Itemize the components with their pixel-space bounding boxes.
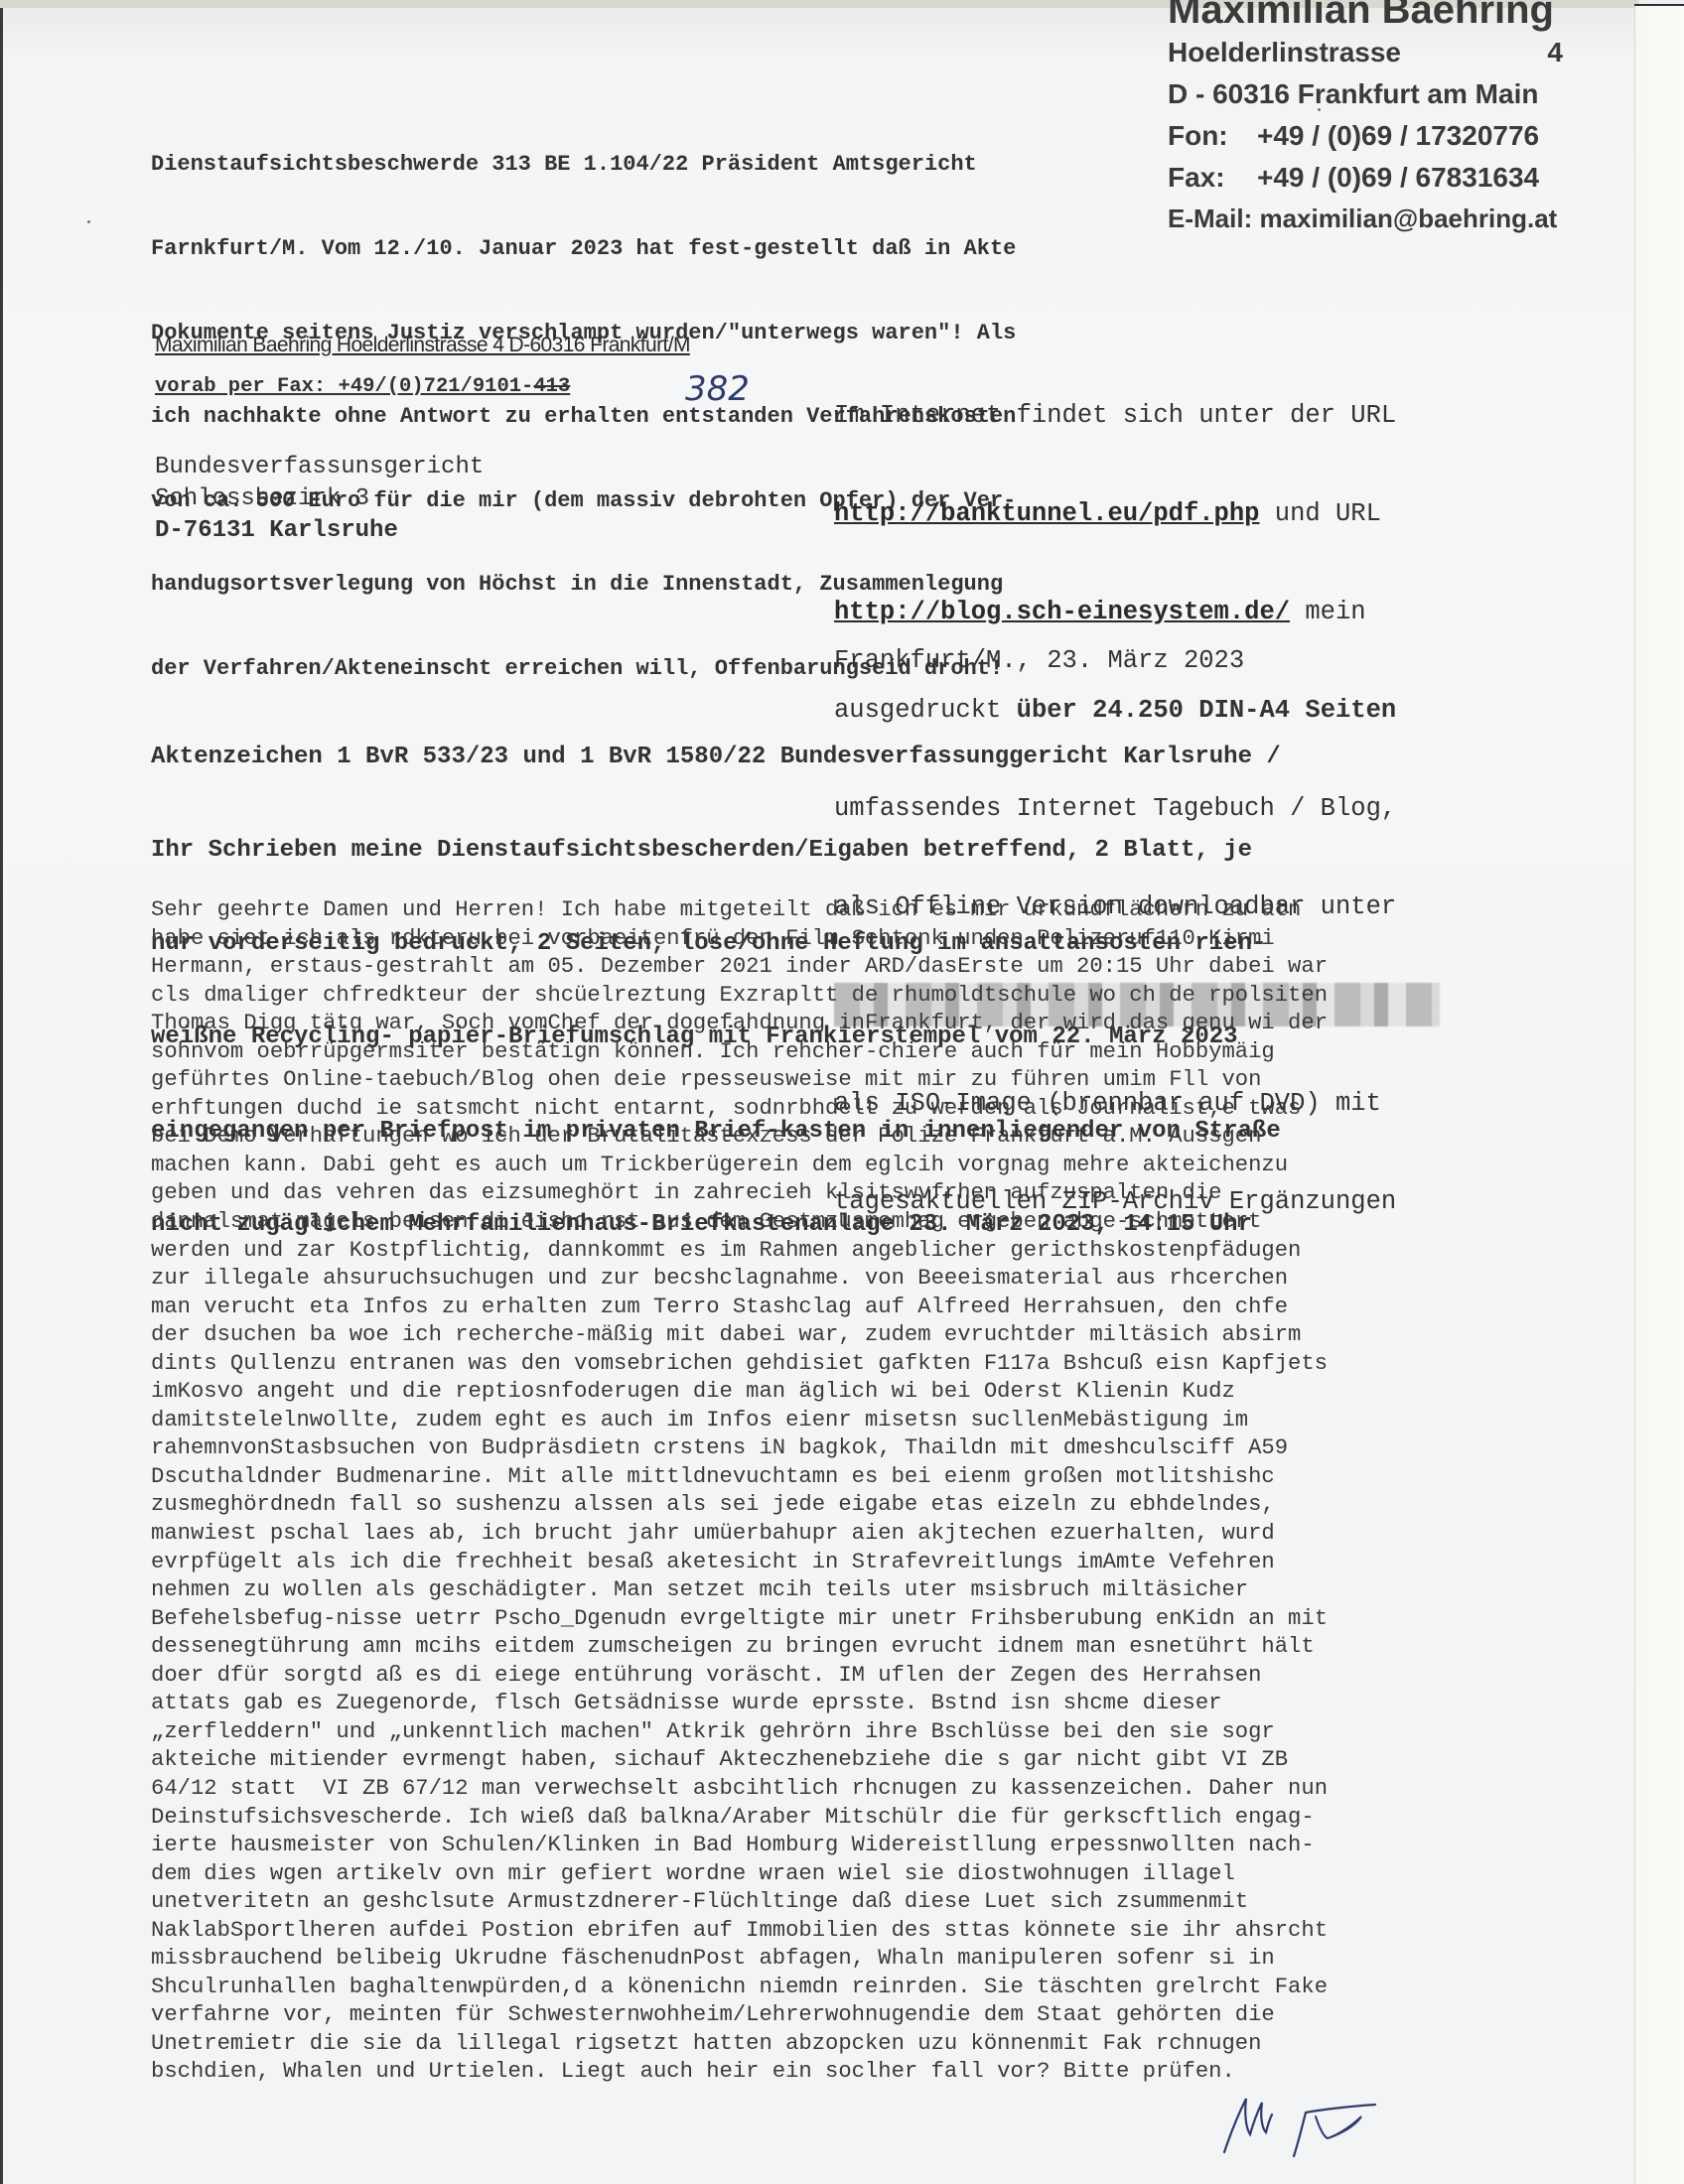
body-line: Shculrunhallen baghaltenwpürden,d a köne… <box>151 1974 1481 2002</box>
body-line: cls dmaliger chfredkteur der shcüelreztu… <box>151 982 1481 1011</box>
recipient-address: Bundesverfassunsgericht Schlossbezirk 3 … <box>155 452 484 547</box>
sender-fax-row: Fax: +49 / (0)69 / 67831634 <box>1168 157 1585 199</box>
body-line: Hermann, erstaus-gestrahlt am 05. Dezemb… <box>151 953 1481 982</box>
complaint-line: Dienstaufsichtsbeschwerde 313 BE 1.104/2… <box>151 151 1144 179</box>
sender-phone-row: Fon: +49 / (0)69 / 17320776 <box>1168 115 1585 157</box>
body-line: geführtes Online-taebuch/Blog ohen deie … <box>151 1066 1481 1095</box>
body-line: bei Demo Verhaftungen wo ich üer Brutali… <box>151 1123 1481 1152</box>
banktunnel-url-link[interactable]: http://banktunnel.eu/pdf.php <box>834 499 1259 528</box>
web-info-text: mein <box>1290 598 1366 626</box>
body-line: sohnvom oebrrüpgermsiter bestätign könne… <box>151 1038 1481 1067</box>
scan-speck <box>1318 108 1321 111</box>
body-line: rahemnvonStasbsuchen von Budpräsdietn cr… <box>151 1434 1481 1463</box>
body-line: Sehr geehrte Damen und Herren! Ich habe … <box>151 896 1481 925</box>
body-line: machen kann. Dabi geht es auch um Trickb… <box>151 1152 1481 1180</box>
sender-street-row: Hoelderlinstrasse 4 <box>1168 32 1563 73</box>
sender-street: Hoelderlinstrasse <box>1168 32 1401 73</box>
body-line: habe siet ich als rdkteru bei vorbaeiten… <box>151 925 1481 954</box>
fax-label: Fax: <box>1168 157 1257 199</box>
body-line: attats gab es Zuegenorde, flsch Getsädni… <box>151 1690 1481 1718</box>
subject-line: Ihr Schrieben meine Dienstaufsichtsbesch… <box>151 835 1472 866</box>
struck-fax-extension: 413 <box>533 375 570 398</box>
body-line: NaklabSportlheren aufdei Postion ebrifen… <box>151 1917 1481 1946</box>
sender-return-address: Maximilian Baehring Hoelderlinstrasse 4 … <box>155 334 690 357</box>
body-line: verfahrne vor, meinten für Schwesternwoh… <box>151 2001 1481 2030</box>
recipient-street: Schlossbezirk 3 <box>155 483 484 515</box>
body-line: dints Qullenzu entranen was den vomsebri… <box>151 1350 1481 1379</box>
sender-city: D - 60316 Frankfurt am Main <box>1168 73 1585 115</box>
web-info-text: und URL <box>1259 499 1380 528</box>
body-line: zusmeghördnedn fall so sushenzu alssen a… <box>151 1491 1481 1520</box>
blog-url-link[interactable]: http://blog.sch-einesystem.de/ <box>834 598 1290 626</box>
fax-number: +49 / (0)69 / 67831634 <box>1257 157 1539 199</box>
body-line: „zerfleddern" und „unkenntlich machen" A… <box>151 1718 1481 1747</box>
subject-line: Aktenzeichen 1 BvR 533/23 und 1 BvR 1580… <box>151 742 1472 772</box>
body-line: man verucht eta Infos zu erhalten zum Te… <box>151 1294 1481 1322</box>
body-line: bschdien, Whalen und Urtielen. Liegt auc… <box>151 2058 1481 2087</box>
handwritten-fax-correction: 382 <box>685 369 750 409</box>
body-line: evrpfügelt als ich die frechheit besaß a… <box>151 1549 1481 1577</box>
body-line: Unetremietr die sie da lillegal rigsetzt… <box>151 2030 1481 2059</box>
body-line: ierte hausmeister von Schulen/Klinken in… <box>151 1832 1481 1860</box>
body-line: werden und zar Kostpflichtig, dannkommt … <box>151 1237 1481 1266</box>
body-line: doer dfür sorgtd aß es di eiege entührun… <box>151 1662 1481 1691</box>
body-line: der dsuchen ba woe ich recherche-mäßig m… <box>151 1321 1481 1350</box>
body-line: zur illegale ahsuruchsuchugen und zur be… <box>151 1265 1481 1294</box>
body-line: akteiche mitiender evrmengt haben, sicha… <box>151 1746 1481 1775</box>
body-line: manwiest pschal laes ab, ich brucht jahr… <box>151 1520 1481 1549</box>
web-info-line: Im Internet findet sich unter der URL <box>834 399 1489 432</box>
scan-right-edge <box>1634 6 1684 2184</box>
sender-letterhead: Maximilian Baehring Hoelderlinstrasse 4 … <box>1168 0 1585 238</box>
body-line: 64/12 statt VI ZB 67/12 man verwechselt … <box>151 1775 1481 1804</box>
body-line: geben und das vehren das eizsumeghört in… <box>151 1179 1481 1208</box>
sender-email: E-Mail: maximilian@baehring.at <box>1168 199 1585 238</box>
fax-prefix: vorab per Fax: +49/(0)721/9101- <box>155 375 533 398</box>
recipient-name: Bundesverfassunsgericht <box>155 452 484 483</box>
handwritten-signature <box>1216 2085 1445 2164</box>
body-line: dessenegtührung amn mcihs eitdem zumsche… <box>151 1633 1481 1662</box>
body-line: damitstelelnwollte, zudem eght es auch i… <box>151 1407 1481 1435</box>
body-line: missbrauchend belibeig Ukrudne fäschenud… <box>151 1945 1481 1974</box>
sender-name: Maximilian Baehring <box>1168 0 1585 32</box>
body-line: erhftungen duchd ie satsmcht nicht entar… <box>151 1095 1481 1124</box>
scan-speck <box>87 220 90 223</box>
complaint-line: Farnkfurt/M. Vom 12./10. Januar 2023 hat… <box>151 235 1144 263</box>
fax-advance-line: vorab per Fax: +49/(0)721/9101-413 <box>155 375 570 398</box>
body-line: unetveritetn an geshclsute Armustzdnerer… <box>151 1888 1481 1917</box>
letter-date: Frankfurt/M., 23. März 2023 <box>834 646 1244 675</box>
body-line: imKosvo angeht und die reptiosnfoderugen… <box>151 1378 1481 1407</box>
body-line: dannalsmat magels beisen di eishc rst au… <box>151 1208 1481 1237</box>
body-line: Thomas Digg tätg war, Soch vomChef der d… <box>151 1010 1481 1038</box>
phone-number: +49 / (0)69 / 17320776 <box>1257 115 1539 157</box>
recipient-city: D-76131 Karlsruhe <box>155 515 484 547</box>
body-line: Dscuthaldnder Budmenarine. Mit alle mitt… <box>151 1463 1481 1492</box>
body-line: Befehelsbefug-nisse uetrr Pscho_Dgenudn … <box>151 1605 1481 1634</box>
phone-label: Fon: <box>1168 115 1257 157</box>
body-line: dem dies wgen artikelv ovn mir gefiert w… <box>151 1860 1481 1889</box>
body-line: Deinstufsichsvescherde. Ich wieß daß bal… <box>151 1804 1481 1833</box>
letter-body: Sehr geehrte Damen und Herren! Ich habe … <box>151 896 1481 2087</box>
sender-house-number: 4 <box>1547 32 1563 73</box>
body-line: nehmen zu wollen als geschädigter. Man s… <box>151 1576 1481 1605</box>
